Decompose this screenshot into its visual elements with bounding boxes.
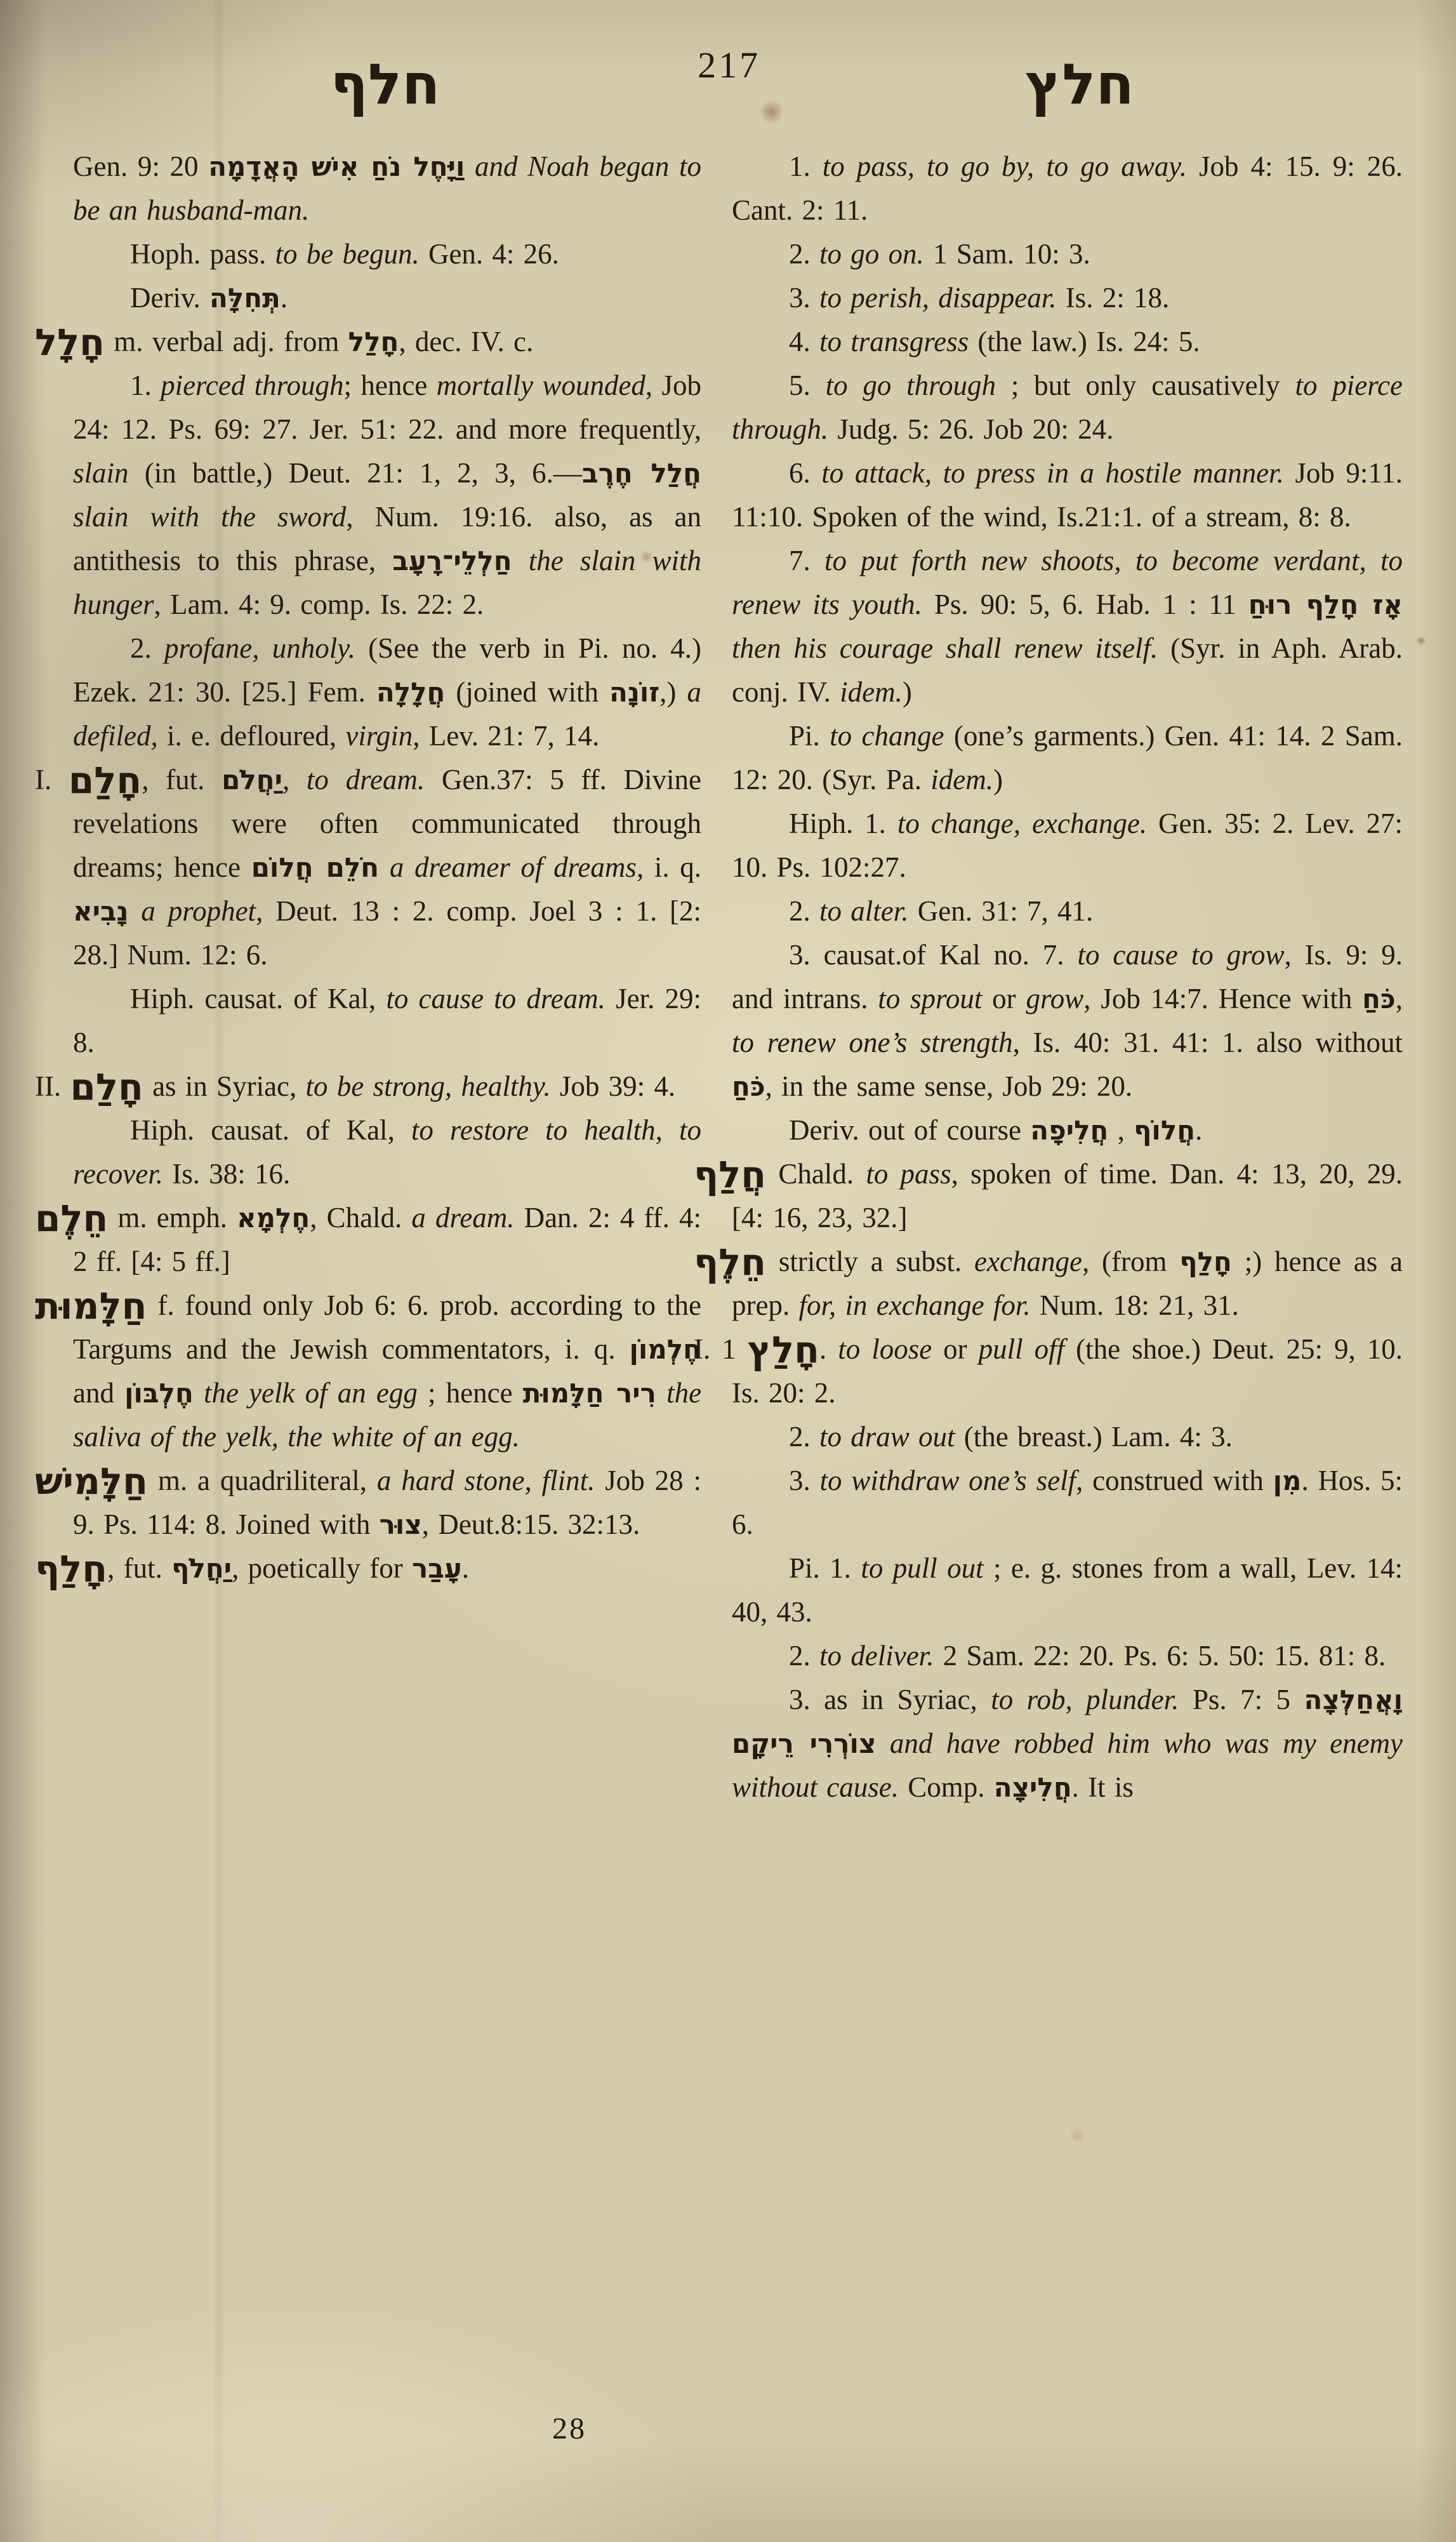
text-segment: Job 39: 4. [551, 1070, 676, 1102]
entry-block: Pi. to change (one’s garments.) Gen. 41:… [732, 714, 1403, 802]
text-segment: 3. [789, 1465, 820, 1496]
text-segment: Ps. 90: 5, 6. Hab. 1 : 11 [922, 589, 1248, 620]
entry-block: Hiph. causat. of Kal, to cause to dream.… [73, 977, 701, 1065]
text-segment: to rob, plunder. [991, 1684, 1179, 1715]
text-segment: Gen. 31: 7, 41. [909, 895, 1094, 927]
text-segment: Gen. 4: 26. [420, 238, 559, 270]
text-segment: mortally wounded [437, 369, 645, 401]
hebrew-text-segment: חָלַף [1179, 1246, 1232, 1277]
text-segment: 3. as in Syriac, [789, 1684, 991, 1715]
entry-block: חֵלֶם m. emph. חֶלְמָא, Chald. a dream. … [73, 1196, 701, 1284]
text-segment: grow [1026, 983, 1083, 1015]
text-segment: (the breast.) Lam. 4: 3. [955, 1421, 1233, 1453]
entry-block: II. חָלַם as in Syriac, to be strong, he… [73, 1065, 701, 1108]
text-segment: , poetically for [232, 1552, 412, 1584]
hebrew-headword: חֵלֶם [35, 1197, 108, 1240]
entry-block: Hiph. causat. of Kal, to restore to heal… [73, 1108, 701, 1196]
text-segment: Ps. 7: 5 [1179, 1684, 1304, 1715]
text-segment: to be strong, healthy. [306, 1070, 551, 1102]
text-segment: 2 Sam. 22: 20. Ps. 6: 5. 50: 15. 81: 8. [934, 1640, 1386, 1672]
text-segment: Hiph. causat. of Kal, [130, 983, 386, 1015]
text-segment: ; hence [418, 1377, 523, 1409]
hebrew-text-segment: עָבַר [412, 1553, 462, 1584]
text-segment: for, in exchange for. [798, 1289, 1030, 1321]
text-segment: , (from [1082, 1246, 1179, 1277]
hebrew-text-segment: מִן [1273, 1465, 1302, 1496]
text-segment: 2. [130, 632, 164, 664]
text-segment: Pi. 1. [789, 1552, 861, 1584]
hebrew-text-segment: חֲלִיצָה [994, 1772, 1072, 1803]
text-segment: 1 Sam. 10: 3. [924, 238, 1090, 270]
text-segment: , Chald. [310, 1202, 411, 1234]
hebrew-headword: חַלָּמוּת [35, 1284, 147, 1328]
text-segment: m. a quadriliteral, [148, 1465, 377, 1496]
text-segment: , [282, 764, 307, 795]
lexicon-page: חלף 217 חלץ Gen. 9: 20 וַיָּחֶל נֹחַ אִי… [0, 0, 1456, 2542]
text-segment: Deriv. out of course [789, 1114, 1030, 1146]
entry-block: 2. to draw out (the breast.) Lam. 4: 3. [732, 1415, 1403, 1459]
text-segment: ; but only causatively [996, 369, 1295, 401]
hebrew-text-segment: כֹּחַ [732, 1071, 765, 1102]
text-segment: a dream. [411, 1202, 514, 1234]
text-segment: . [1195, 1114, 1202, 1146]
text-segment: to renew one’s strength [732, 1027, 1013, 1058]
text-segment: Comp. [899, 1771, 994, 1803]
text-segment: , Job 14:7. Hence with [1083, 983, 1362, 1015]
text-segment: , fut. [142, 764, 222, 795]
text-segment: to alter. [819, 895, 909, 927]
hebrew-text-segment: חַלְלֵי־רָעָב [392, 545, 512, 576]
hebrew-headword: חָלַף [35, 1547, 107, 1590]
hebrew-text-segment: כֹּחַ [1362, 983, 1396, 1015]
text-segment: m. emph. [108, 1202, 237, 1234]
hebrew-text-segment: חֶלְמָא [237, 1202, 310, 1234]
text-segment [379, 851, 390, 883]
entry-block: Deriv. out of course חֲלוֹף , חֲלִיפָה. [732, 1108, 1403, 1152]
text-segment: the yelk of an egg [204, 1377, 418, 1409]
text-segment [512, 545, 529, 576]
hebrew-text-segment: חֶלְמוֹן [630, 1334, 702, 1365]
entry-block: 3. as in Syriac, to rob, plunder. Ps. 7:… [732, 1678, 1403, 1809]
hebrew-text-segment: תְּחִלָּה [209, 283, 281, 314]
text-segment: 2. [789, 238, 819, 270]
text-segment: Deriv. [130, 282, 209, 314]
text-segment: exchange [974, 1246, 1082, 1277]
text-segment: 1. [789, 150, 823, 182]
text-segment: 5. [789, 369, 826, 401]
text-segment: pull off [979, 1333, 1065, 1365]
entry-block: 5. to go through ; but only causatively … [732, 364, 1403, 451]
text-segment: to pull out [861, 1552, 983, 1584]
text-segment: ) [903, 676, 912, 708]
text-segment: Chald. [766, 1158, 866, 1190]
text-segment: 6. [789, 457, 821, 489]
text-segment: 7. [789, 545, 824, 576]
page-number: 217 [698, 47, 760, 84]
text-segment: or [982, 983, 1026, 1015]
hebrew-text-segment: חֲלַל חֶרֶב [582, 458, 701, 489]
text-segment: Hiph. causat. of Kal, [130, 1114, 411, 1146]
text-segment: ,) [659, 676, 687, 708]
hebrew-text-segment: חָלַל [348, 326, 399, 357]
text-segment: to change [830, 720, 944, 752]
text-segment: to draw out [819, 1421, 955, 1453]
text-segment: Num. 18: 21, 31. [1031, 1289, 1239, 1321]
text-segment: Is. 38: 16. [163, 1158, 290, 1190]
text-segment: to be begun. [275, 238, 420, 270]
column-left: Gen. 9: 20 וַיָּחֶל נֹחַ אִישׁ הָאֲדָמָה… [73, 145, 701, 1809]
entry-number-prefix: I. [35, 764, 69, 795]
text-segment: m. verbal adj. from [105, 326, 348, 357]
text-segment: , [1396, 983, 1403, 1015]
entry-block: חֲלַף Chald. to pass, spoken of time. Da… [732, 1152, 1403, 1240]
hebrew-text-segment: חֲלוֹף [1134, 1115, 1195, 1146]
hebrew-headword: חָלַם [70, 1065, 143, 1108]
text-segment: to deliver. [819, 1640, 934, 1672]
hebrew-text-segment: יַחֲלֹף [171, 1553, 232, 1584]
text-segment: to pass, to go by, to go away. [823, 150, 1187, 182]
text-segment: slain with the sword [73, 501, 346, 533]
running-head-left: חלף [330, 51, 440, 118]
hebrew-text-segment: יַחֲלֹם [222, 764, 282, 795]
text-segment: pierced through [161, 369, 343, 401]
entry-block: Hoph. pass. to be begun. Gen. 4: 26. [73, 232, 701, 276]
text-segment: Hoph. pass. [130, 238, 275, 270]
text-segment: Pi. [789, 720, 830, 752]
entry-block: 1. to pass, to go by, to go away. Job 4:… [732, 145, 1403, 232]
text-segment: or [932, 1333, 978, 1365]
text-segment: ; hence [344, 369, 437, 401]
text-segment: to withdraw one’s self [820, 1465, 1076, 1496]
text-segment: to go on. [819, 238, 924, 270]
text-segment [876, 1727, 889, 1759]
hebrew-text-segment: חֹלֵם חֲלוֹם [251, 852, 379, 883]
running-head-right-cell: חלץ [760, 42, 1399, 118]
hebrew-text-segment: זוֹנָה [609, 677, 659, 708]
entry-block: 6. to attack, to press in a hostile mann… [732, 451, 1403, 539]
text-segment: , i. q. [637, 851, 701, 883]
text-segment: a prophet [141, 895, 256, 927]
entry-block: Gen. 9: 20 וַיָּחֶל נֹחַ אִישׁ הָאֲדָמָה… [73, 145, 701, 232]
text-segment: to cause to dream. [386, 983, 606, 1015]
text-segment: a dreamer of dreams [390, 851, 637, 883]
entry-block: 3. causat.of Kal no. 7. to cause to grow… [732, 933, 1403, 1108]
text-segment: . [462, 1552, 469, 1584]
running-head-right: חלץ [1025, 51, 1134, 118]
text-segment: (joined with [445, 676, 609, 708]
entry-block: 4. to transgress (the law.) Is. 24: 5. [732, 320, 1403, 364]
entry-block: Deriv. תְּחִלָּה. [73, 276, 701, 320]
text-segment: 4. [789, 326, 819, 357]
text-segment: and [73, 1377, 124, 1409]
text-segment [194, 1377, 204, 1409]
text-segment: , Is. 40: 31. 41: 1. also without [1013, 1027, 1403, 1058]
text-segment: Judg. 5: 26. Job 20: 24. [828, 413, 1113, 445]
text-segment: slain [73, 457, 129, 489]
entry-block: חַלָּמוּת f. found only Job 6: 6. prob. … [73, 1284, 701, 1459]
text-segment: (the law.) Is. 24: 5. [969, 326, 1200, 357]
text-segment: Is. 2: 18. [1057, 282, 1170, 314]
text-segment: to cause to grow [1077, 939, 1284, 971]
hebrew-text-segment: נָבִיא [73, 896, 129, 927]
text-segment: strictly a subst. [766, 1246, 974, 1277]
text-segment: 3. [789, 282, 819, 314]
text-segment: to go through [826, 369, 996, 401]
text-segment [656, 1377, 666, 1409]
entry-block: 2. to deliver. 2 Sam. 22: 20. Ps. 6: 5. … [732, 1634, 1403, 1678]
entry-block: 3. to withdraw one’s self, construed wit… [732, 1459, 1403, 1547]
hebrew-headword: חָלַם [69, 759, 142, 802]
hebrew-headword: חֵלֶף [694, 1241, 766, 1284]
hebrew-headword: חֲלַף [694, 1153, 766, 1196]
text-segment: 2. [789, 1421, 819, 1453]
hebrew-headword: חָלָל [35, 321, 105, 364]
text-segment: to dream. [307, 764, 425, 795]
text-columns: Gen. 9: 20 וַיָּחֶל נֹחַ אִישׁ הָאֲדָמָה… [0, 141, 1456, 1809]
hebrew-text-segment: חֶלְבּוֹן [124, 1378, 194, 1409]
entry-block: 3. to perish, disappear. Is. 2: 18. [732, 276, 1403, 320]
text-segment: to pass [866, 1158, 951, 1190]
entry-block: 1. pierced through; hence mortally wound… [73, 364, 701, 627]
text-segment: then his courage shall renew itself. [732, 632, 1158, 664]
text-segment: , Lam. 4: 9. comp. Is. 22: 2. [154, 589, 484, 620]
page-number-cell: 217 [698, 42, 760, 84]
entry-block: חָלַף, fut. יַחֲלֹף, poetically for עָבַ… [73, 1547, 701, 1590]
text-segment: to perish, disappear. [819, 282, 1057, 314]
text-segment: 2. [789, 895, 819, 927]
text-segment: (in battle,) Deut. 21: 1, 2, 3, 6.— [129, 457, 582, 489]
text-segment: , Lev. 21: 7, 14. [413, 720, 599, 752]
column-right: 1. to pass, to go by, to go away. Job 4:… [732, 145, 1403, 1809]
entry-block: Pi. 1. to pull out ; e. g. stones from a… [732, 1547, 1403, 1634]
text-segment: to change, exchange. [897, 808, 1147, 839]
entry-block: חֵלֶף strictly a subst. exchange, (from … [732, 1240, 1403, 1328]
entry-number-prefix: II. [35, 1070, 70, 1102]
text-segment: i. e. defloured, [158, 720, 346, 752]
text-segment: 1. [130, 369, 161, 401]
entry-number-prefix: I. [694, 1333, 722, 1365]
entry-block: Hiph. 1. to change, exchange. Gen. 35: 2… [732, 802, 1403, 889]
text-segment: , fut. [107, 1552, 171, 1584]
page-header: חלף 217 חלץ [0, 0, 1456, 141]
text-segment: idem. [930, 764, 993, 795]
hebrew-text-segment: חֲלִיפָה [1030, 1115, 1108, 1146]
hebrew-headword: חַלָּמִישׁ [35, 1460, 148, 1503]
text-segment: . [281, 282, 288, 314]
text-segment: , construed with [1076, 1465, 1273, 1496]
text-segment: to attack, to press in a hostile manner. [821, 457, 1284, 489]
text-segment: to loose [838, 1333, 932, 1365]
hebrew-text-segment: רִיר חַלָּמוּת [523, 1378, 656, 1409]
text-segment: to transgress [819, 326, 969, 357]
text-segment: Hiph. 1. [789, 808, 897, 839]
entry-block: 2. to alter. Gen. 31: 7, 41. [732, 889, 1403, 933]
text-segment [129, 895, 142, 927]
text-segment: virgin [345, 720, 413, 752]
text-segment: a hard stone, flint. [377, 1465, 595, 1496]
text-segment: , Deut.8:15. 32:13. [422, 1508, 640, 1540]
text-segment: , dec. IV. c. [399, 326, 533, 357]
text-segment: to sprout [878, 983, 982, 1015]
text-segment: f. found only Job 6: 6. prob. according … [73, 1289, 701, 1365]
text-segment: as in Syriac, [143, 1070, 306, 1102]
entry-block: I. חָלַם, fut. יַחֲלֹם, to dream. Gen.37… [73, 758, 701, 977]
hebrew-headword: חָלַץ [748, 1328, 819, 1371]
hebrew-text-segment: אָז חָלַף רוּחַ [1248, 589, 1403, 620]
text-segment: , [1108, 1114, 1134, 1146]
text-segment: profane, unholy. [164, 632, 355, 664]
hebrew-text-segment: צוּר [380, 1509, 422, 1540]
entry-block: חַלָּמִישׁ m. a quadriliteral, a hard st… [73, 1459, 701, 1547]
text-segment: ) [993, 764, 1003, 795]
entry-block: 2. profane, unholy. (See the verb in Pi.… [73, 627, 701, 758]
signature-mark: 28 [552, 2411, 586, 2446]
hebrew-text-segment: חֲלָלָה [376, 677, 446, 708]
text-segment: Gen. 9: 20 [73, 150, 208, 182]
hebrew-text-segment: וַיָּחֶל נֹחַ אִישׁ הָאֲדָמָה [208, 151, 465, 182]
entry-block: חָלָל m. verbal adj. from חָלַל, dec. IV… [73, 320, 701, 364]
entry-block: I. חָלַץ 1. to loose or pull off (the sh… [732, 1328, 1403, 1415]
entry-block: 2. to go on. 1 Sam. 10: 3. [732, 232, 1403, 276]
text-segment: , in the same sense, Job 29: 20. [765, 1070, 1132, 1102]
text-segment: 3. causat.of Kal no. 7. [789, 939, 1077, 971]
text-segment: . It is [1072, 1771, 1134, 1803]
text-segment: 2. [789, 1640, 819, 1672]
entry-block: 7. to put forth new shoots, to become ve… [732, 539, 1403, 714]
running-head-left-cell: חלף [73, 42, 698, 118]
text-segment: idem. [840, 676, 903, 708]
